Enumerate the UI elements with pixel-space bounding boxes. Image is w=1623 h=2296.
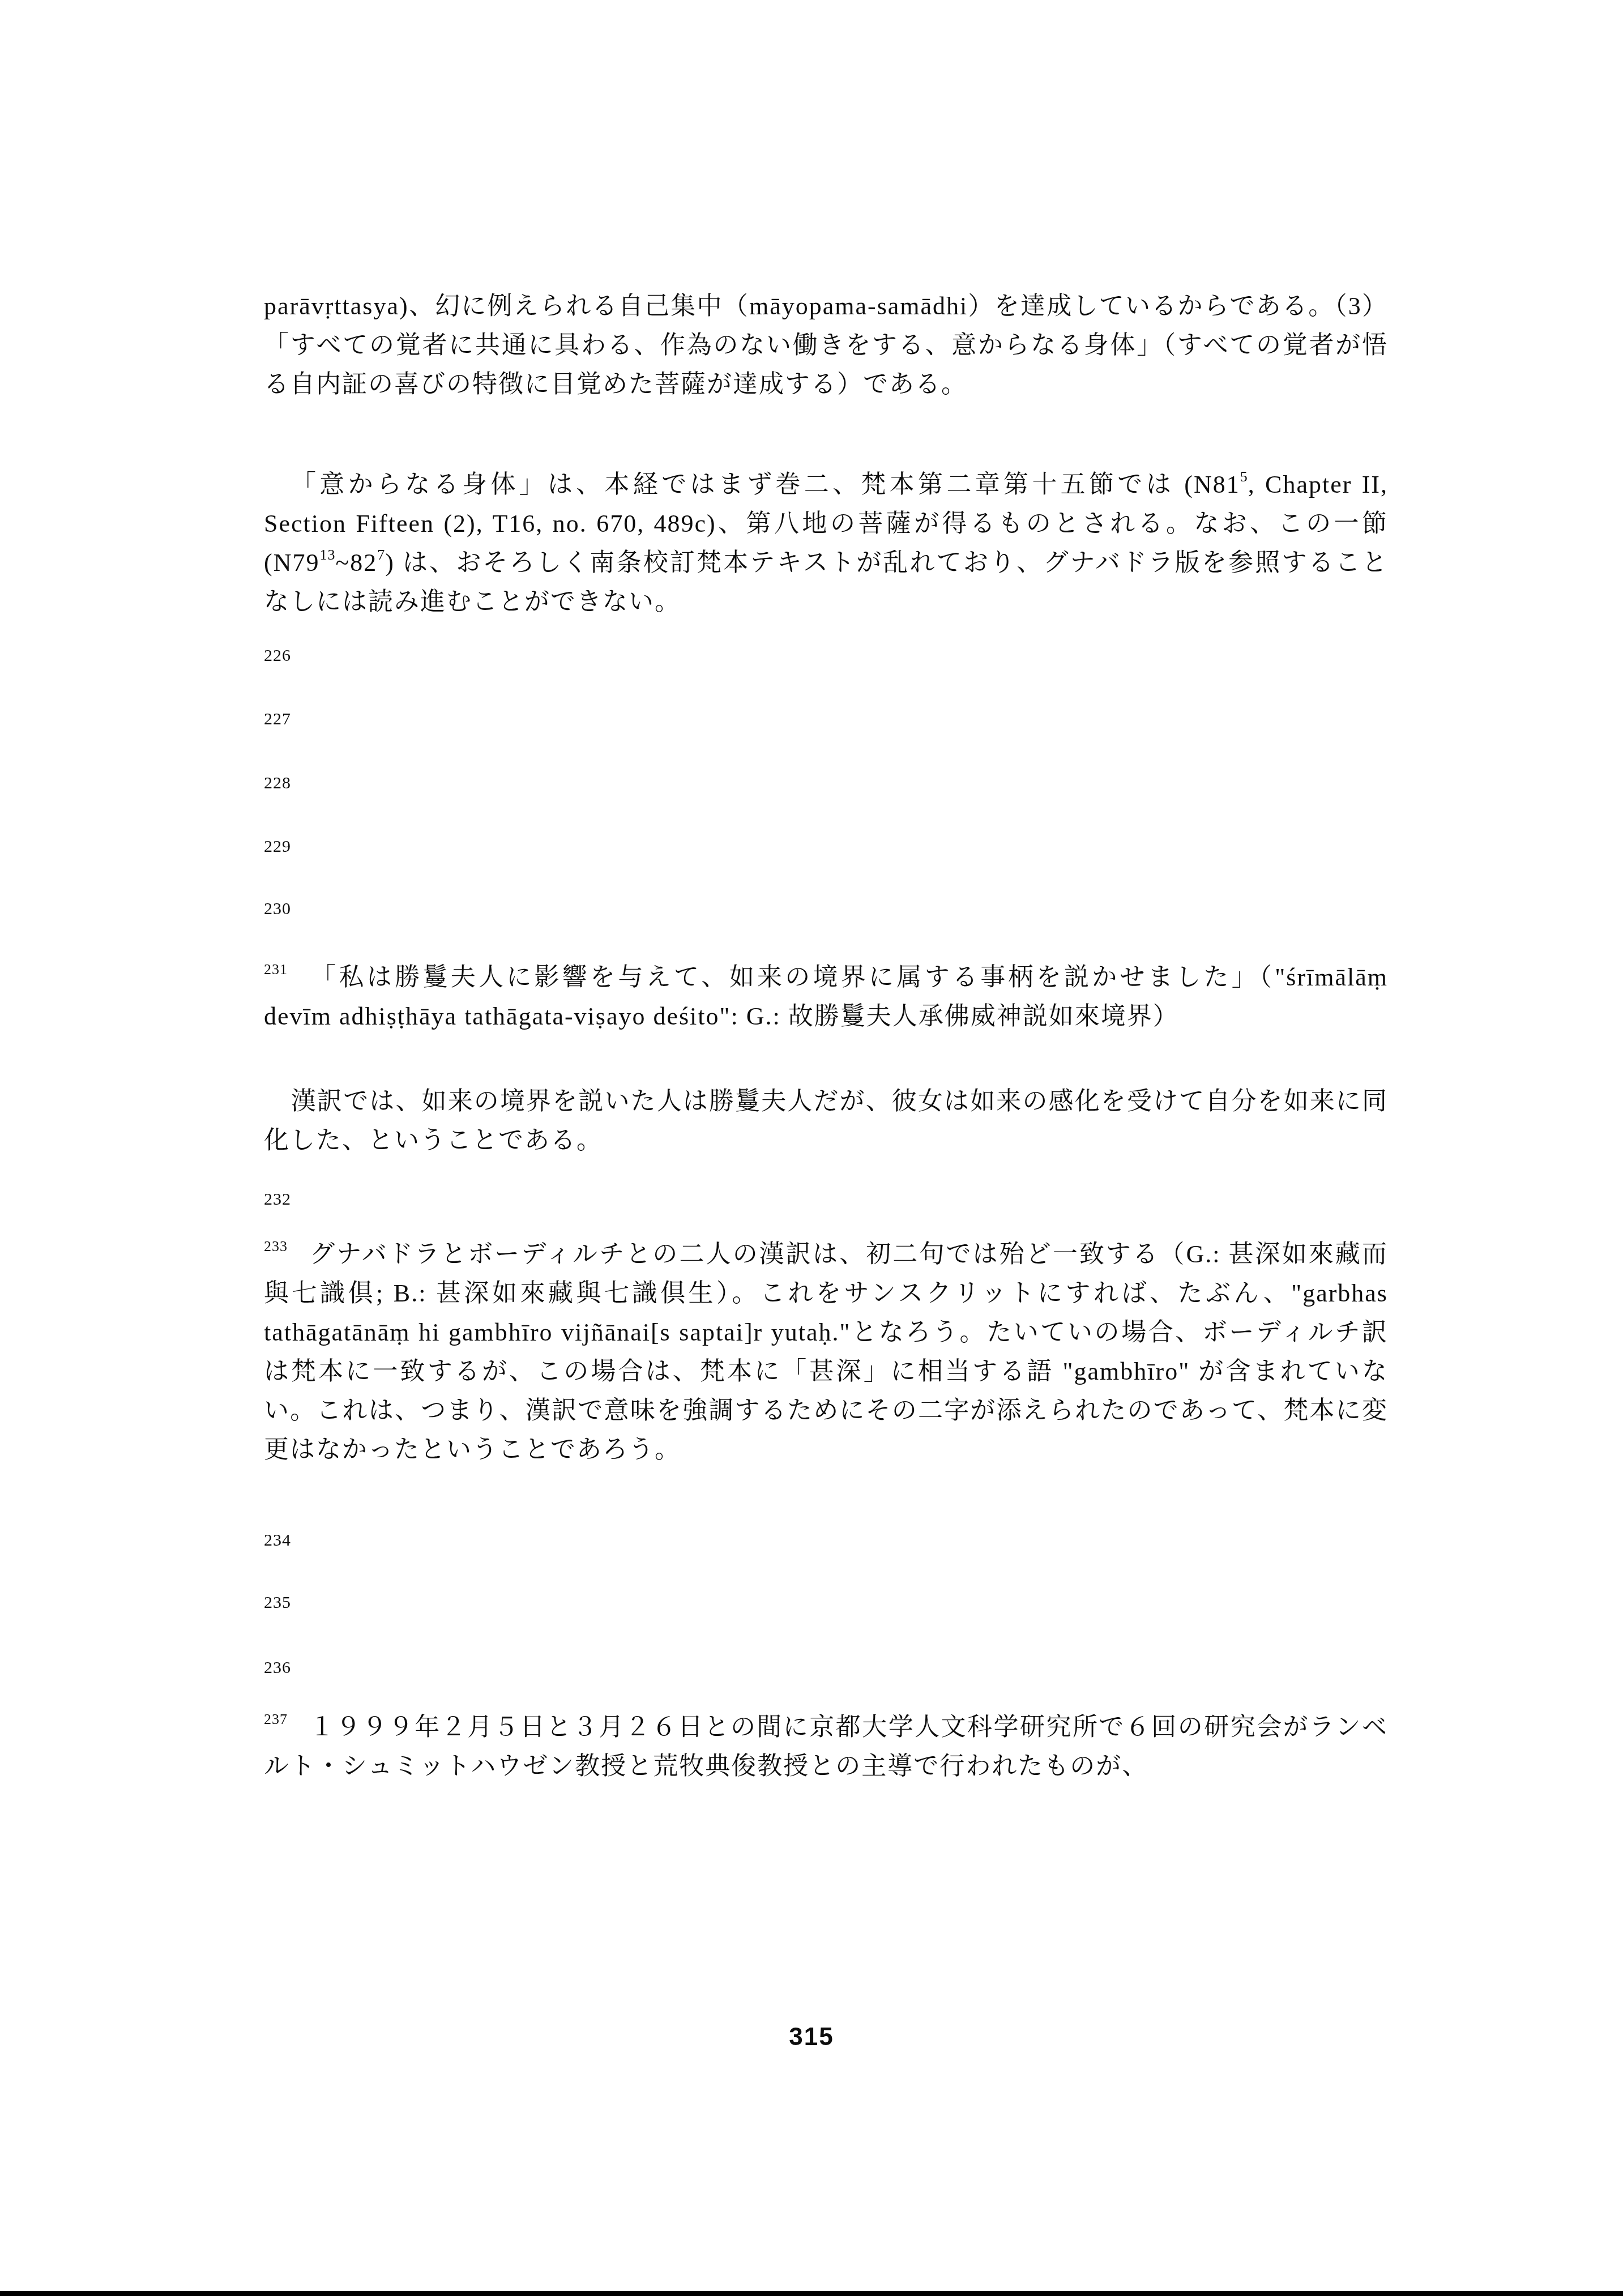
- paragraph-manomaya-body: 「意からなる身体」は、本経ではまず巻二、梵本第二章第十五節では (N815, C…: [264, 465, 1388, 621]
- note-236-number: 236: [264, 1657, 291, 1679]
- text-column: parāvṛttasya)、幻に例えられる自己集中（māyopama-samād…: [264, 287, 1388, 2042]
- note-234-number: 234: [264, 1529, 291, 1552]
- page-number: 315: [0, 2023, 1623, 2051]
- note-235-number: 235: [264, 1591, 291, 1614]
- footnote-233-text: グナバドラとボーディルチとの二人の漢訳は、初二句では殆ど一致する（G.: 甚深如…: [264, 1240, 1388, 1463]
- footnote-237-text: １９９９年２月５日と３月２６日との間に京都大学人文科学研究所で６回の研究会がラン…: [264, 1713, 1388, 1780]
- scan-edge-artifact: [0, 2291, 1623, 2296]
- footnote-231-text: 「私は勝鬘夫人に影響を与えて、如来の境界に属する事柄を説かせました」（"śrīm…: [264, 963, 1388, 1030]
- footnote-237: 237１９９９年２月５日と３月２６日との間に京都大学人文科学研究所で６回の研究会…: [264, 1708, 1388, 1786]
- footnote-231-marker: 231: [264, 961, 288, 978]
- scanned-page: parāvṛttasya)、幻に例えられる自己集中（māyopama-samād…: [0, 0, 1623, 2296]
- note-229-number: 229: [264, 835, 291, 858]
- footnote-233: 233グナバドラとボーディルチとの二人の漢訳は、初二句では殆ど一致する（G.: …: [264, 1235, 1388, 1469]
- note-226-number: 226: [264, 645, 291, 667]
- footnote-233-marker: 233: [264, 1238, 288, 1254]
- footnote-231: 231「私は勝鬘夫人に影響を与えて、如来の境界に属する事柄を説かせました」（"ś…: [264, 958, 1388, 1036]
- note-230-number: 230: [264, 898, 291, 920]
- note-228-number: 228: [264, 772, 291, 795]
- note-227-number: 227: [264, 708, 291, 731]
- footnote-237-marker: 237: [264, 1711, 288, 1727]
- paragraph-kanyaku-comment: 漢訳では、如来の境界を説いた人は勝鬘夫人だが、彼女は如来の感化を受けて自分を如来…: [264, 1082, 1388, 1160]
- note-232-number: 232: [264, 1188, 291, 1211]
- paragraph-paravrttasya-continuation: parāvṛttasya)、幻に例えられる自己集中（māyopama-samād…: [264, 287, 1388, 404]
